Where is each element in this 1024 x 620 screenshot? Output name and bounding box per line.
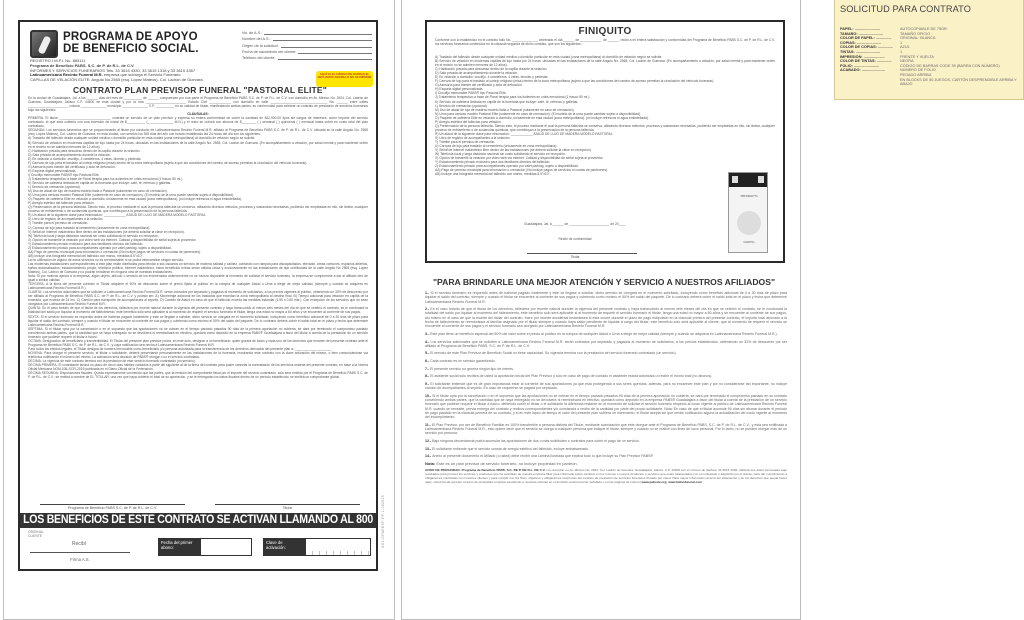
benefits-heading: "PARA BRINDARLE UNA MEJOR ATENCIÓN Y SER…	[414, 277, 794, 287]
meta-field-input[interactable]	[278, 55, 372, 60]
contract-intro: En la ciudad de Guadalajara, Jal. a los …	[28, 96, 368, 112]
finiquito-service-item: AB) Incluye una fotografía memorial del …	[435, 172, 775, 176]
benefit-item: 1.- Si el servicio funerario es requerid…	[425, 291, 787, 304]
benefit-item: 6.- Cada contrato es un servicio garanti…	[425, 359, 787, 363]
solicitud-spec-card: SOLICITUD PARA CONTRATO PAPEL: .........…	[834, 0, 1024, 100]
finiquito-services: A) Traslado del fallecido desde cualquie…	[435, 55, 775, 176]
benefit-text: Este plan tiene un beneficio especial de…	[430, 332, 778, 336]
benefit-item: 11.- El Plan Previsor, por ser de Benefi…	[425, 423, 787, 436]
benefit-text: Si el servicio funerario es requerido an…	[425, 291, 787, 304]
benefit-item: 4.- Los servicios adicionales que se sol…	[425, 340, 787, 349]
document-canvas: PROGRAMA DE APOYO DE BENEFICIO SOCIAL. R…	[0, 0, 1024, 620]
spec-value: EN BLOCKS DE 50 JUEGOS, CARTÓN DESPRENDI…	[900, 78, 1024, 87]
nota-label: Nota:	[425, 461, 436, 466]
activation-banner: LOS BENEFICIOS DE ESTE CONTRATO SE ACTIV…	[20, 513, 376, 528]
benefit-text: El solicitante entiende que es de gran i…	[425, 382, 787, 390]
finiquito-frame: FINIQUITO Conforme con lo establecido en…	[425, 20, 785, 263]
recibi-label: Recibí	[72, 541, 86, 547]
clause-item: Las modernas instalaciones correspondien…	[28, 262, 368, 274]
fecha-abono-label: Fecha del primer abono:	[158, 538, 200, 556]
finiquito-titular: Titular	[435, 255, 715, 259]
contract-title: CONTRATO PLAN PREVISOR FUNERAL "PASTORAL…	[20, 85, 380, 95]
benefit-item: 2.- En el caso fortuito de que el titula…	[425, 307, 787, 328]
benefit-item: 5.- El servicio de este Plan Previsor de…	[425, 351, 787, 355]
brand-title: PROGRAMA DE APOYO DE BENEFICIO SOCIAL.	[63, 31, 199, 55]
meta-field-input[interactable]	[298, 49, 372, 54]
clause-item: QUINTA: En el caso fortuito de que el ti…	[28, 306, 368, 314]
pabs-logo-icon	[30, 30, 58, 58]
clause-item: DÉCIMA SEGUNDA: Disposiciones fiscales. …	[28, 371, 368, 379]
finiquito-title: FINIQUITO	[427, 26, 783, 37]
meta-field-input[interactable]	[273, 36, 372, 41]
nota-line: Nota: Este es un plan previsor de servic…	[425, 462, 787, 466]
solicitud-title: SOLICITUD PARA CONTRATO	[840, 4, 971, 14]
nota-text: Este es un plan previsor de servicio fun…	[436, 461, 577, 466]
service-item: B) Servicio de velación en modernas capi…	[28, 141, 368, 149]
finiquito-page: FINIQUITO Conforme con lo establecido en…	[401, 0, 801, 620]
signature-row: Programa de Beneficio PABS S.C. de P. de…	[40, 504, 360, 510]
clause-primera: PRIMERA: El titular ____________________…	[28, 116, 368, 128]
agent-meta-fields: No. de A.S.:Nombre del A.S.:Origen de la…	[242, 30, 372, 61]
meta-field: Teléfono del cliente:	[242, 55, 372, 61]
solicitud-specs: PAPEL: ........................AUTOCOPIA…	[840, 27, 1024, 87]
sat-cedula-image: PBP190207T3 CIA65711	[728, 172, 768, 253]
clave-activacion-label: Clave de activación:	[263, 538, 305, 556]
form-code: SOL-CPAEESP-PF-1-082025	[381, 495, 385, 548]
service-item: Q) Preservación de la persona fallecida.…	[28, 205, 368, 213]
benefit-item: 8.- El asistente social sólo recibirá de…	[425, 374, 787, 378]
benefit-item: 12.- Bajo ninguna circunstancia podrá ac…	[425, 439, 787, 443]
benefit-text: El solicitante entiende que el servicio …	[432, 447, 589, 451]
sat-seal-icon	[737, 211, 761, 235]
company-signature: Programa de Beneficio PABS S.C. de P. de…	[40, 504, 185, 510]
benefit-text: Cada contrato es un servicio garantizado…	[430, 359, 495, 363]
recibi-conformidad: Recibí de conformidad	[435, 237, 715, 241]
clause-item: DÉCIMA PRIMERA: El contratante tendrá un…	[28, 363, 368, 371]
clave-activacion-field[interactable]	[305, 538, 371, 556]
benefit-text: Anexo al presente documento el Afiliado …	[432, 454, 653, 458]
benefit-item: 10.- Si el titular opta por la cancelaci…	[425, 394, 787, 420]
fecha-abono-field[interactable]	[200, 538, 252, 556]
benefit-text: Los servicios adicionales que se solicit…	[425, 340, 787, 348]
contract-page: PROGRAMA DE APOYO DE BENEFICIO SOCIAL. R…	[3, 0, 395, 620]
benefit-text: En el caso fortuito de que el titular de…	[425, 307, 787, 328]
services-list: A) Traslado del fallecido desde cualquie…	[28, 136, 368, 257]
benefit-item: 13.- El solicitante entiende que el serv…	[425, 447, 787, 451]
benefit-text: El presente servicio no genera ningún ti…	[430, 367, 514, 371]
meta-field-input[interactable]	[281, 43, 372, 48]
spec-key	[840, 78, 900, 87]
clause-item: SEXTA: Si el servicio funerario es reque…	[28, 315, 368, 327]
finiquito-service-item: Q) Preservación de la persona fallecida.…	[435, 124, 775, 132]
sat-logo-icon	[729, 173, 767, 187]
benefit-item: 9.- El solicitante entiende que es de gr…	[425, 382, 787, 391]
finiquito-intro: Conforme con lo establecido en el contra…	[435, 38, 775, 46]
receipt-row: ORIGINAL CLIENTE Recibí Firma A.S. Fecha…	[20, 529, 376, 569]
contract-body: En la ciudad de Guadalajara, Jal. a los …	[28, 96, 368, 379]
privacy-links[interactable]: www.pabsmr.org; www.latinofuneral.com	[642, 480, 702, 484]
benefit-text: El servicio de este Plan Previsor de Ben…	[430, 351, 676, 355]
meta-field-input[interactable]	[264, 30, 372, 35]
place-date: Guadalajara, Jal. a ______ de __________…	[435, 222, 715, 226]
benefit-item: 7.- El presente servicio no genera ningú…	[425, 367, 787, 371]
benefit-text: Bajo ninguna circunstancia podrá acumula…	[432, 439, 640, 443]
clause-item: SÉPTIMA: Si el titular opta por la cance…	[28, 327, 368, 339]
clause-segunda: SEGUNDA: Los servicios funerarios que se…	[28, 128, 368, 136]
benefit-text: El asistente social sólo recibirá de ust…	[430, 374, 712, 378]
benefit-item: 14.- Anexo al presente documento el Afil…	[425, 454, 787, 458]
clause-item: NOVENA: Para otorgar el presente servici…	[28, 351, 368, 359]
clause-item: TERCERA: A la firma del presente contrat…	[28, 282, 368, 290]
privacy-notice: AVISO DE PRIVACIDAD: Programa de Benefic…	[425, 469, 787, 485]
clause-item: Nota: Si por motivos ajenos a la empresa…	[28, 274, 368, 282]
clause-item: CUARTA: Los servicios adicionales que se…	[28, 290, 368, 306]
benefit-text: Si el titular opta por la cancelación o …	[425, 394, 787, 419]
clauses-rest: La no utilización de alguno de estos ser…	[28, 258, 368, 379]
titular-sign-line	[527, 253, 637, 254]
original-label: ORIGINAL CLIENTE	[28, 531, 58, 539]
finiquito-service-item: B) Servicio de velación en modernas capi…	[435, 59, 775, 67]
spec-row: EN BLOCKS DE 50 JUEGOS, CARTÓN DESPRENDI…	[840, 78, 1024, 87]
capillas: CAPILLAS DE VELACIÓN ELITE: Angulo No.25…	[30, 78, 250, 83]
benefits-list: 1.- Si el servicio funerario es requerid…	[425, 291, 787, 488]
meta-field-label: Teléfono del cliente:	[242, 55, 276, 61]
firma-as-field[interactable]: Firma A.S.	[30, 552, 130, 562]
company-info: REGISTRO I.M.P.I. No. 883111 Programa de…	[30, 59, 250, 83]
clause-item: OCTAVA: Designación de beneficiario y tr…	[28, 339, 368, 347]
contract-frame: PROGRAMA DE APOYO DE BENEFICIO SOCIAL. R…	[18, 20, 378, 571]
benefit-item: 3.- Este plan tiene un beneficio especia…	[425, 332, 787, 336]
titular-signature: Titular	[215, 504, 360, 510]
benefit-text: El Plan Previsor, por ser de Beneficio F…	[425, 423, 787, 436]
